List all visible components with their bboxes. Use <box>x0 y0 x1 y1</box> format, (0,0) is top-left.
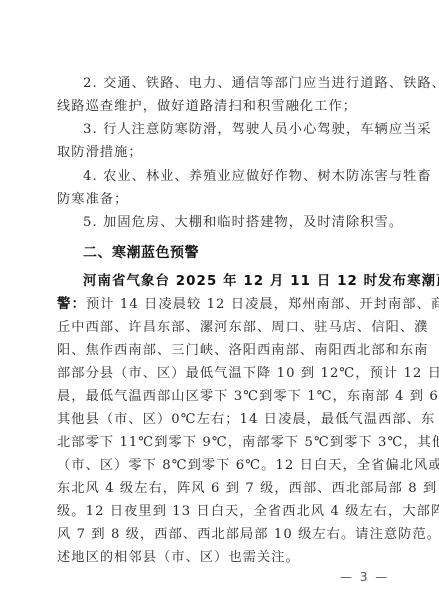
warning-line: 东北风 4 级左右，阵风 6 到 7 级，西部、西北部局部 8 到 9 <box>57 477 383 500</box>
warning-line-last: 述地区的相邻县（市、区）也需关注。 <box>57 546 383 569</box>
warning-line: （市、区）零下 8℃到零下 6℃。12 日白天，全省偏北风或 <box>57 454 383 477</box>
page-number: — 3 — <box>340 570 389 584</box>
document-page: 2. 交通、铁路、电力、通信等部门应当进行道路、铁路、 线路巡查维护，做好道路清… <box>0 0 439 600</box>
warning-line: 丘中西部、许昌东部、漯河东部、周口、驻马店、信阳、濮 <box>57 316 383 339</box>
warning-line: 级。12 日夜里到 13 日白天，全省西北风 4 级左右，大部阵 <box>57 500 383 523</box>
warning-line: 阳、焦作西南部、三门峡、洛阳西南部、南阳西北部和东南 <box>57 339 383 362</box>
warning-line: 晨，最低气温西部山区零下 3℃到零下 1℃，东南部 4 到 6℃， <box>57 385 383 408</box>
warning-line: 风 7 到 8 级，西部、西北部局部 10 级左右。请注意防范。上 <box>57 523 383 546</box>
warning-title-line: 河南省气象台 2025 年 12 月 11 日 12 时发布寒潮蓝色预 <box>83 270 383 293</box>
list-item-3-line-2: 取防滑措施； <box>57 141 383 164</box>
warning-line: 其他县（市、区）0℃左右；14 日凌晨，最低气温西部、东 <box>57 408 383 431</box>
list-item-5-line-1: 5. 加固危房、大棚和临时搭建物，及时清除积雪。 <box>83 211 383 234</box>
section-heading: 二、寒潮蓝色预警 <box>83 242 199 265</box>
warning-line: 北部零下 11℃到零下 9℃，南部零下 5℃到零下 3℃，其他县 <box>57 431 383 454</box>
warning-line-2: 警：预计 14 日凌晨较 12 日凌晨，郑州南部、开封南部、商 <box>57 293 383 316</box>
warning-title-suffix: 警： <box>57 297 86 312</box>
list-item-2-line-2: 线路巡查维护，做好道路清扫和积雪融化工作； <box>57 95 383 118</box>
warning-line: 部部分县（市、区）最低气温下降 10 到 12℃，预计 12 日凌 <box>57 362 383 385</box>
list-item-4-line-2: 防寒准备； <box>57 188 383 211</box>
warning-line-2-text: 预计 14 日凌晨较 12 日凌晨，郑州南部、开封南部、商 <box>86 297 439 312</box>
list-item-3-line-1: 3. 行人注意防寒防滑，驾驶人员小心驾驶，车辆应当采 <box>83 118 383 141</box>
list-item-2-line-1: 2. 交通、铁路、电力、通信等部门应当进行道路、铁路、 <box>83 72 383 95</box>
list-item-4-line-1: 4. 农业、林业、养殖业应做好作物、树木防冻害与牲畜 <box>83 165 383 188</box>
